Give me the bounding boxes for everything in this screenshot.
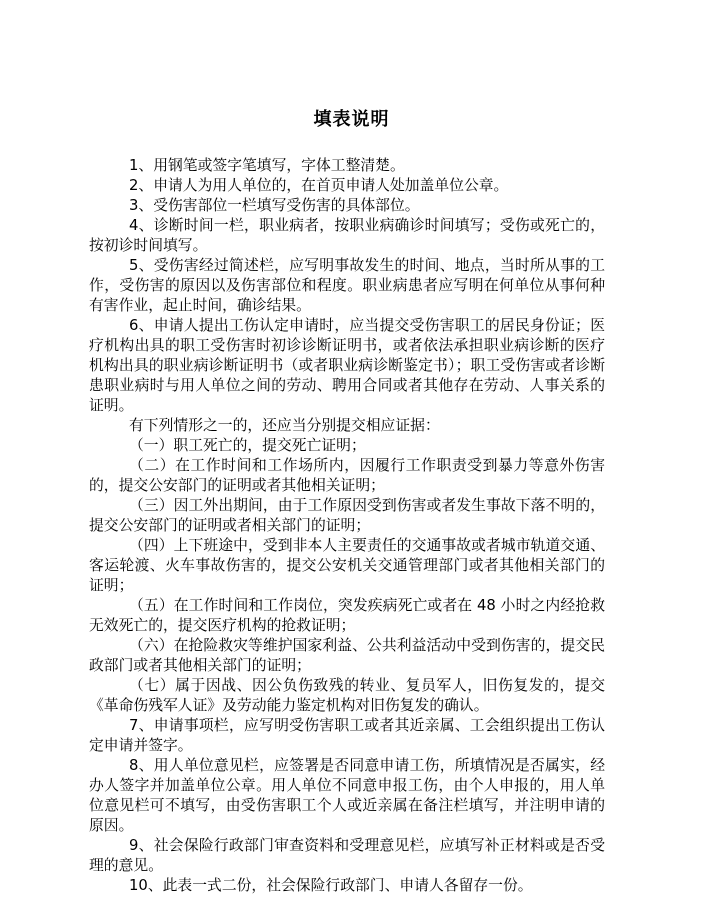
instruction-subitem-3: （三）因工外出期间，由于工作原因受到伤害或者发生事故下落不明的，提交公安部门的证… xyxy=(89,496,605,536)
instruction-paragraph-10: 10、此表一式二份，社会保险行政部门、申请人各留存一份。 xyxy=(89,876,605,896)
instruction-paragraph-9: 9、社会保险行政部门审查资料和受理意见栏，应填写补正材料或是否受理的意见。 xyxy=(89,836,605,876)
instruction-paragraph-evidence-intro: 有下列情形之一的，还应当分别提交相应证据： xyxy=(89,416,605,436)
instruction-subitem-4: （四）上下班途中，受到非本人主要责任的交通事故或者城市轨道交通、客运轮渡、火车事… xyxy=(89,536,605,596)
document-page: 填表说明 1、用钢笔或签字笔填写，字体工整清楚。 2、申请人为用人单位的，在首页… xyxy=(0,0,703,904)
instruction-paragraph-4: 4、诊断时间一栏，职业病者，按职业病确诊时间填写；受伤或死亡的，按初诊时间填写。 xyxy=(89,216,605,256)
instruction-subitem-6: （六）在抢险救灾等维护国家利益、公共利益活动中受到伤害的，提交民政部门或者其他相… xyxy=(89,636,605,676)
instructions-list: 1、用钢笔或签字笔填写，字体工整清楚。 2、申请人为用人单位的，在首页申请人处加… xyxy=(89,156,605,896)
instruction-subitem-1: （一）职工死亡的，提交死亡证明； xyxy=(89,436,605,456)
document-title: 填表说明 xyxy=(0,0,703,129)
instruction-paragraph-8: 8、用人单位意见栏，应签署是否同意申请工伤，所填情况是否属实，经办人签字并加盖单… xyxy=(89,756,605,836)
instruction-paragraph-7: 7、申请事项栏，应写明受伤害职工或者其近亲属、工会组织提出工伤认定申请并签字。 xyxy=(89,716,605,756)
instruction-paragraph-2: 2、申请人为用人单位的，在首页申请人处加盖单位公章。 xyxy=(89,176,605,196)
instruction-paragraph-6: 6、申请人提出工伤认定申请时，应当提交受伤害职工的居民身份证；医疗机构出具的职工… xyxy=(89,316,605,416)
instruction-subitem-7: （七）属于因战、因公负伤致残的转业、复员军人，旧伤复发的，提交《革命伤残军人证》… xyxy=(89,676,605,716)
instruction-paragraph-3: 3、受伤害部位一栏填写受伤害的具体部位。 xyxy=(89,196,605,216)
instruction-paragraph-5: 5、受伤害经过简述栏，应写明事故发生的时间、地点，当时所从事的工作，受伤害的原因… xyxy=(89,256,605,316)
instruction-subitem-2: （二）在工作时间和工作场所内，因履行工作职责受到暴力等意外伤害的，提交公安部门的… xyxy=(89,456,605,496)
instruction-subitem-5: （五）在工作时间和工作岗位，突发疾病死亡或者在 48 小时之内经抢救无效死亡的，… xyxy=(89,596,605,636)
instruction-paragraph-1: 1、用钢笔或签字笔填写，字体工整清楚。 xyxy=(89,156,605,176)
